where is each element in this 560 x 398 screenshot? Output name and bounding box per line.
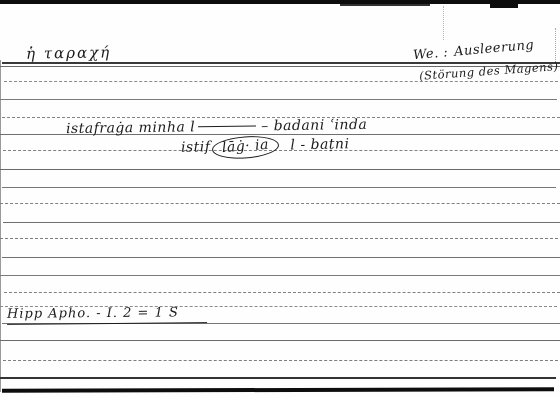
scan-artifact-line — [555, 28, 557, 62]
entry-line-2: istiflāġ· ial - baṭni — [181, 134, 350, 160]
entry-line2-lead: istif — [181, 139, 211, 156]
ruled-line — [2, 62, 560, 64]
ruled-line — [0, 340, 560, 341]
german-gloss-line: We. :Ausleerung — [413, 38, 535, 64]
circled-annotation: lāġ· ia — [212, 134, 280, 161]
scanner-edge-bottom — [2, 387, 554, 392]
ruled-line — [0, 203, 560, 204]
card-left-edge — [0, 60, 1, 392]
ruled-line — [0, 238, 558, 239]
ruled-line — [0, 377, 556, 379]
ruled-line — [3, 222, 560, 223]
lemma-text: ἡ ταραχή — [26, 43, 112, 62]
ruled-line — [2, 257, 560, 258]
citation-text: Hipp Apho. - I. 2 = 1 S — [7, 305, 179, 321]
ruled-line — [0, 275, 560, 276]
scan-artifact-line — [443, 6, 445, 40]
entry-line2-tail: l - baṭni — [290, 136, 349, 153]
gloss-abbrev: We. : — [413, 45, 449, 63]
entry-line1-lead: istafraġa minha l — [66, 119, 195, 137]
lemma-greek: ἡ ταραχή — [26, 43, 112, 62]
gloss-term: Ausleerung — [454, 38, 535, 60]
ruled-line — [4, 81, 558, 82]
citation-reference: Hipp Apho. - I. 2 = 1 S — [7, 305, 207, 325]
ruled-line — [3, 360, 558, 361]
blank-fill-line — [198, 125, 256, 127]
index-card-scan: ἡ ταραχή We. :Ausleerung (Störung des Ma… — [0, 0, 560, 398]
ruled-line — [0, 99, 557, 100]
entry-line1-tail: – badani ʿinda — [261, 117, 367, 134]
ruled-line — [0, 169, 560, 170]
ruled-line — [4, 292, 560, 293]
circled-text: lāġ· ia — [222, 137, 270, 156]
ruled-line — [2, 187, 556, 188]
scanner-edge-top — [0, 0, 560, 4]
